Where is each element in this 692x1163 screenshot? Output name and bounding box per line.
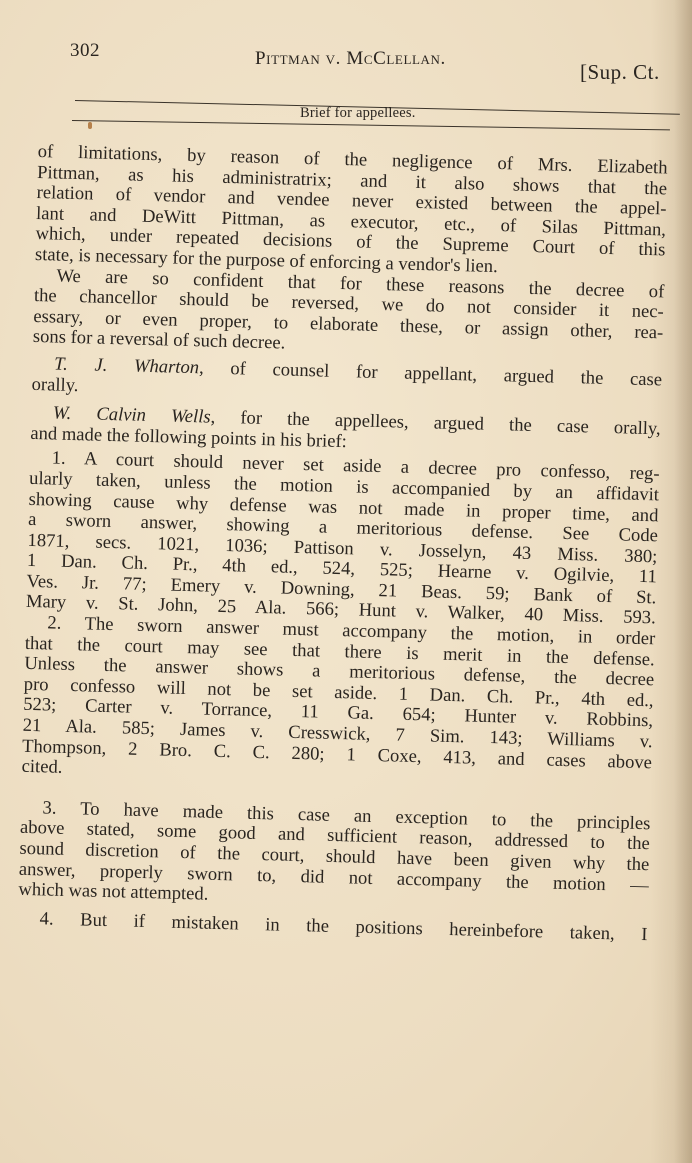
running-head: 302 Pittman v. McClellan. [Sup. Ct. bbox=[0, 38, 692, 78]
section-subhead: Brief for appellees. bbox=[300, 105, 416, 122]
document-page: 302 Pittman v. McClellan. [Sup. Ct. Brie… bbox=[0, 0, 692, 1163]
page-edge-shadow bbox=[674, 0, 692, 1163]
page-number: 302 bbox=[70, 40, 100, 62]
case-title: Pittman v. McClellan. bbox=[255, 48, 446, 70]
body-text: of limitations, by reason of the neglige… bbox=[17, 142, 667, 946]
paper-stain bbox=[88, 122, 92, 129]
point-2: 2. The sworn answer must accompany the m… bbox=[21, 613, 655, 794]
court-reference: [Sup. Ct. bbox=[580, 60, 660, 85]
point-1: 1. A court should never set aside a decr… bbox=[26, 448, 660, 629]
point-3: 3. To have made this case an exception t… bbox=[18, 798, 650, 917]
paragraph-continuation: of limitations, by reason of the neglige… bbox=[35, 142, 668, 282]
